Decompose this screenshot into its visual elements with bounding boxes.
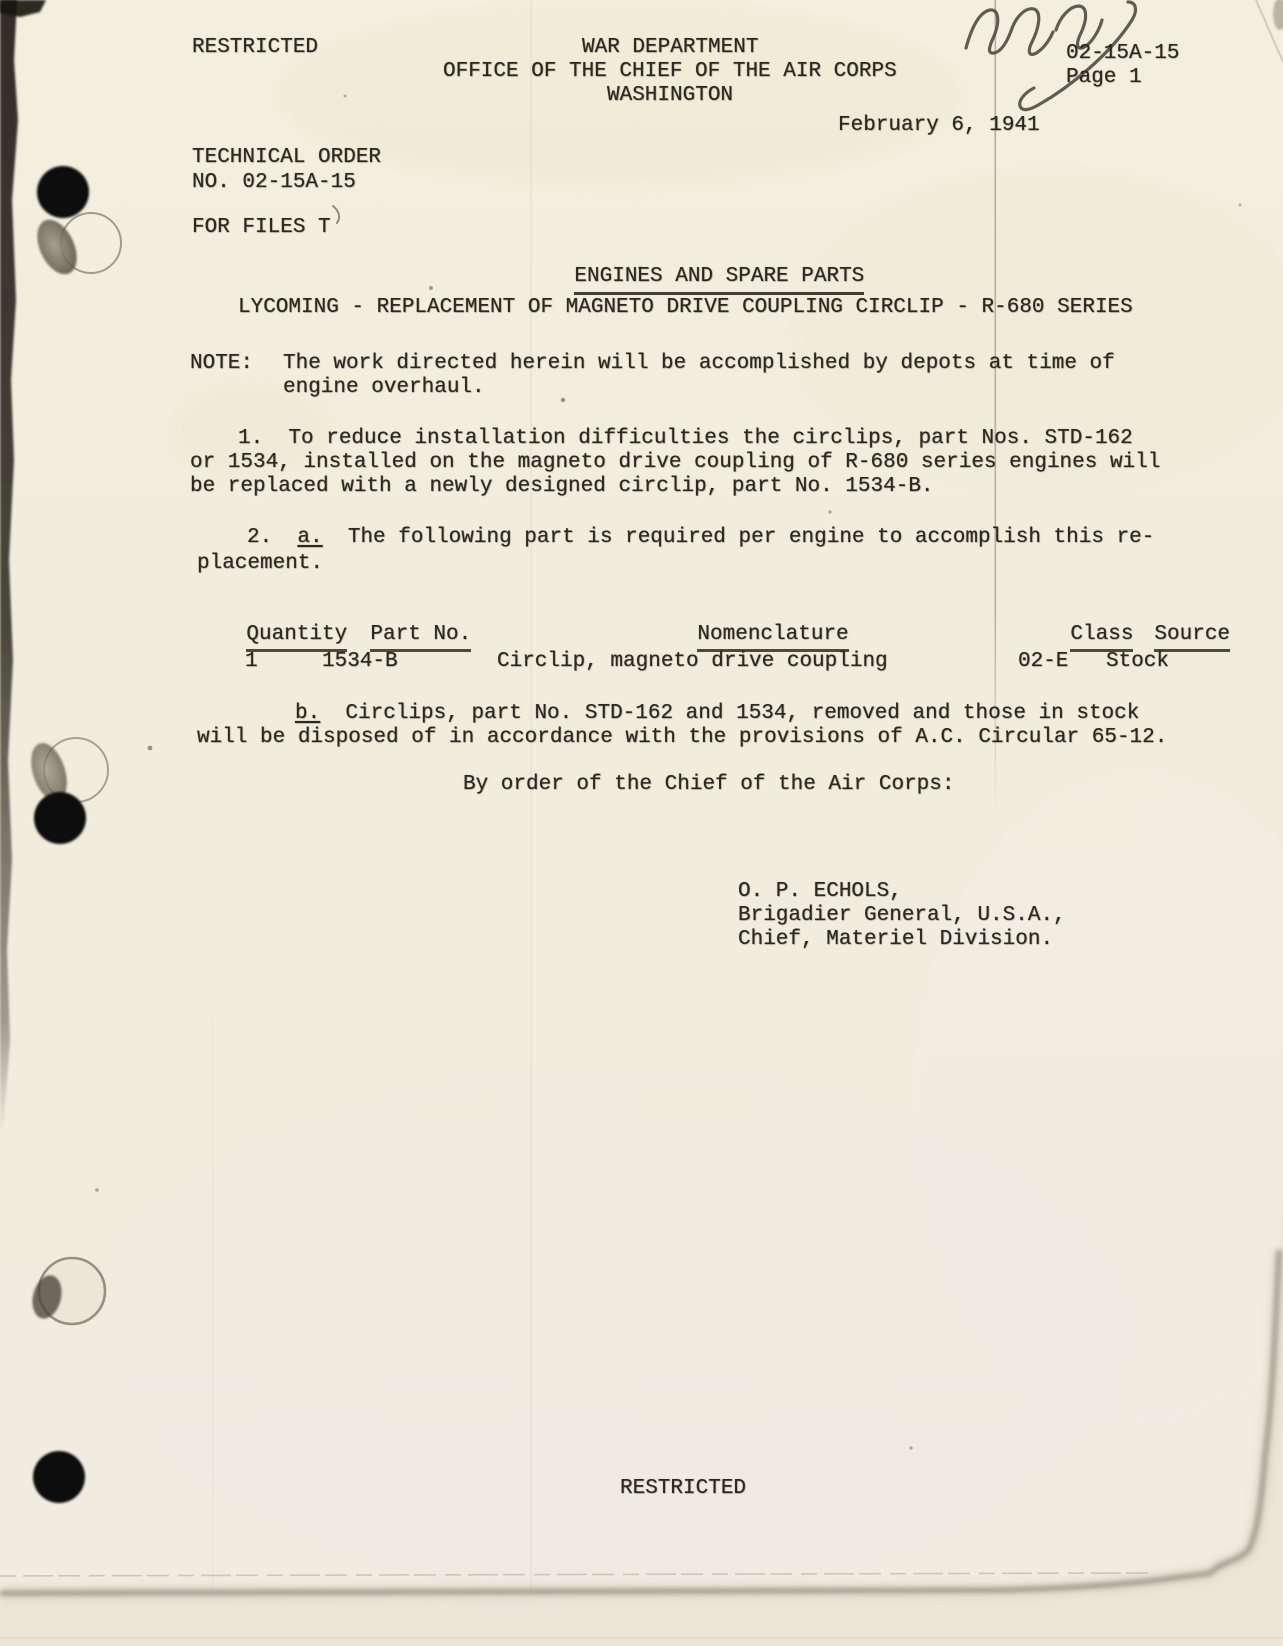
technical-order-line1: TECHNICAL ORDER: [192, 146, 381, 169]
order-by-line: By order of the Chief of the Air Corps:: [463, 773, 954, 796]
note-line1: The work directed herein will be accompl…: [283, 352, 1115, 375]
para2-text: The following part is required per engin…: [323, 526, 1155, 549]
para2-line2: placement.: [197, 552, 323, 575]
signature-rank: Brigadier General, U.S.A.,: [738, 904, 1066, 927]
parab-subletter: b.: [295, 702, 320, 725]
date-line: February 6, 1941: [838, 114, 1040, 137]
signature-title: Chief, Materiel Division.: [738, 928, 1053, 951]
classification-top: RESTRICTED: [192, 36, 318, 59]
classification-bottom: RESTRICTED: [620, 1477, 746, 1500]
dept-line3: WASHINGTON: [607, 84, 733, 107]
para2-number: 2.: [247, 526, 297, 549]
cell-part-no: 1534-B: [322, 650, 398, 673]
cell-quantity: 1: [245, 650, 258, 673]
scanned-document: RESTRICTED WAR DEPARTMENT OFFICE OF THE …: [0, 0, 1283, 1646]
dept-line2: OFFICE OF THE CHIEF OF THE AIR CORPS: [443, 60, 897, 83]
punch-hole-black-2: [34, 792, 86, 844]
para2-line1: 2. a. The following part is required per…: [247, 526, 1154, 549]
parab-text: Circlips, part No. STD-162 and 1534, rem…: [320, 702, 1139, 725]
cell-class: 02-E: [1018, 650, 1068, 673]
para1-line3: be replaced with a newly designed circli…: [190, 475, 934, 498]
punch-hole-black-1: [37, 166, 89, 218]
technical-order-line2: NO. 02-15A-15: [192, 171, 356, 194]
para1-line2: or 1534, installed on the magneto drive …: [190, 451, 1160, 474]
dept-line1: WAR DEPARTMENT: [582, 36, 758, 59]
signature-name: O. P. ECHOLS,: [738, 880, 902, 903]
parab-line1: b. Circlips, part No. STD-162 and 1534, …: [295, 702, 1139, 725]
page-label: Page 1: [1066, 66, 1142, 89]
para2-subletter: a.: [297, 526, 322, 549]
section-title-text: ENGINES AND SPARE PARTS: [574, 265, 864, 295]
note-line2: engine overhaul.: [283, 376, 485, 399]
files-line: FOR FILES T: [192, 216, 331, 239]
doc-number: 02-15A-15: [1066, 42, 1179, 65]
punch-hole-black-4: [33, 1451, 85, 1503]
cell-nomenclature: Circlip, magneto drive coupling: [497, 650, 888, 673]
subject-line: LYCOMING - REPLACEMENT OF MAGNETO DRIVE …: [238, 296, 1133, 319]
cell-source: Stock: [1106, 650, 1169, 673]
note-label: NOTE:: [190, 352, 253, 375]
para1-line1: 1. To reduce installation difficulties t…: [238, 427, 1133, 450]
parab-line2: will be disposed of in accordance with t…: [197, 726, 1167, 749]
